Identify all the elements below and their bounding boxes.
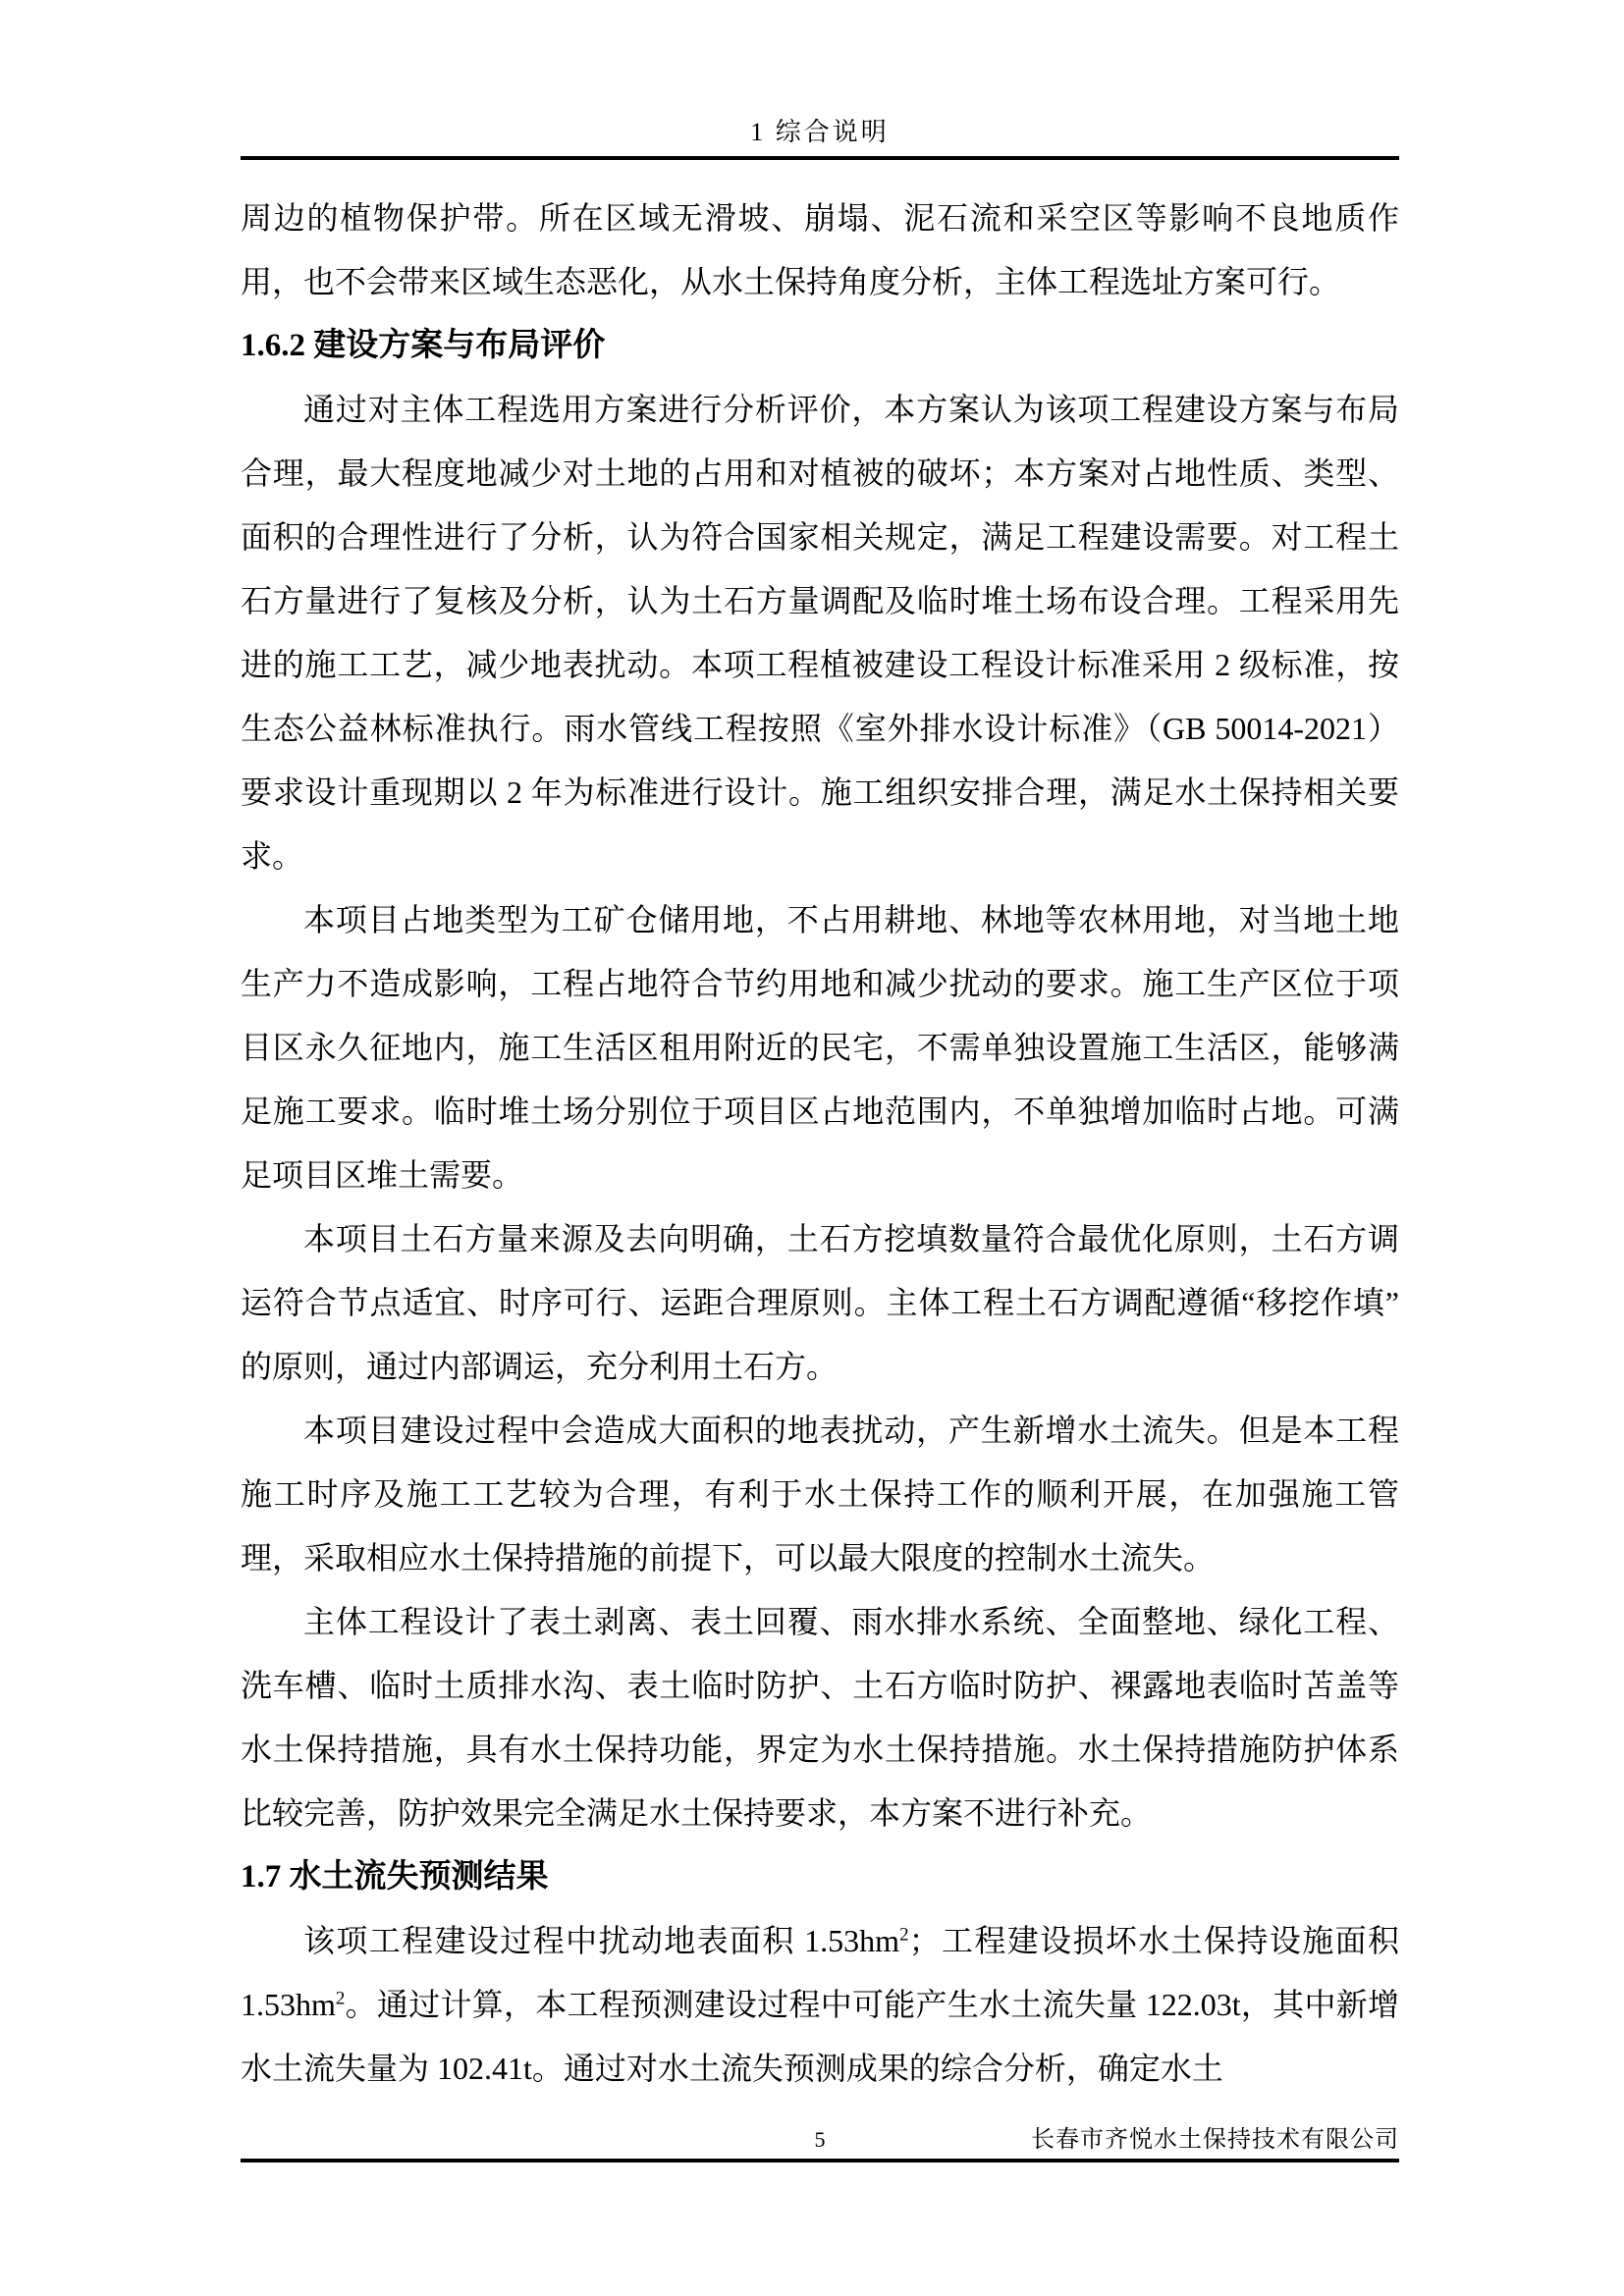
paragraph-surface-disturbance: 本项目建设过程中会造成大面积的地表扰动，产生新增水土流失。但是本工程施工时序及施… <box>241 1399 1399 1590</box>
paragraph-soil-loss-prediction: 该项工程建设过程中扰动地表面积 1.53hm2；工程建设损坏水土保持设施面积 1… <box>241 1909 1399 2101</box>
footer-divider <box>241 2159 1399 2163</box>
section-heading-1-6-2: 1.6.2 建设方案与布局评价 <box>241 314 1399 378</box>
document-page: 1 综合说明 周边的植物保护带。所在区域无滑坡、崩塌、泥石流和采空区等影响不良地… <box>0 0 1624 2296</box>
paragraph-site-selection: 周边的植物保护带。所在区域无滑坡、崩塌、泥石流和采空区等影响不良地质作用，也不会… <box>241 187 1399 314</box>
footer-row: 5 长春市齐悦水土保持技术有限公司 <box>241 2121 1399 2159</box>
chapter-title: 1 综合说明 <box>241 116 1399 149</box>
page-footer: 5 长春市齐悦水土保持技术有限公司 <box>241 2121 1399 2163</box>
document-content: 周边的植物保护带。所在区域无滑坡、崩塌、泥石流和采空区等影响不良地质作用，也不会… <box>241 187 1399 2101</box>
section-heading-1-7: 1.7 水土流失预测结果 <box>241 1845 1399 1909</box>
paragraph-scheme-evaluation: 通过对主体工程选用方案进行分析评价，本方案认为该项工程建设方案与布局合理，最大程… <box>241 378 1399 888</box>
company-name: 长春市齐悦水土保持技术有限公司 <box>1031 2121 1399 2159</box>
paragraph-land-occupation: 本项目占地类型为工矿仓储用地，不占用耕地、林地等农林用地，对当地土地生产力不造成… <box>241 888 1399 1207</box>
paragraph-earthwork-balance: 本项目土石方量来源及去向明确，土石方挖填数量符合最优化原则，土石方调运符合节点适… <box>241 1207 1399 1399</box>
header-divider <box>241 156 1399 160</box>
page-header: 1 综合说明 <box>241 116 1399 160</box>
paragraph-protection-measures: 主体工程设计了表土剥离、表土回覆、雨水排水系统、全面整地、绿化工程、洗车槽、临时… <box>241 1590 1399 1845</box>
